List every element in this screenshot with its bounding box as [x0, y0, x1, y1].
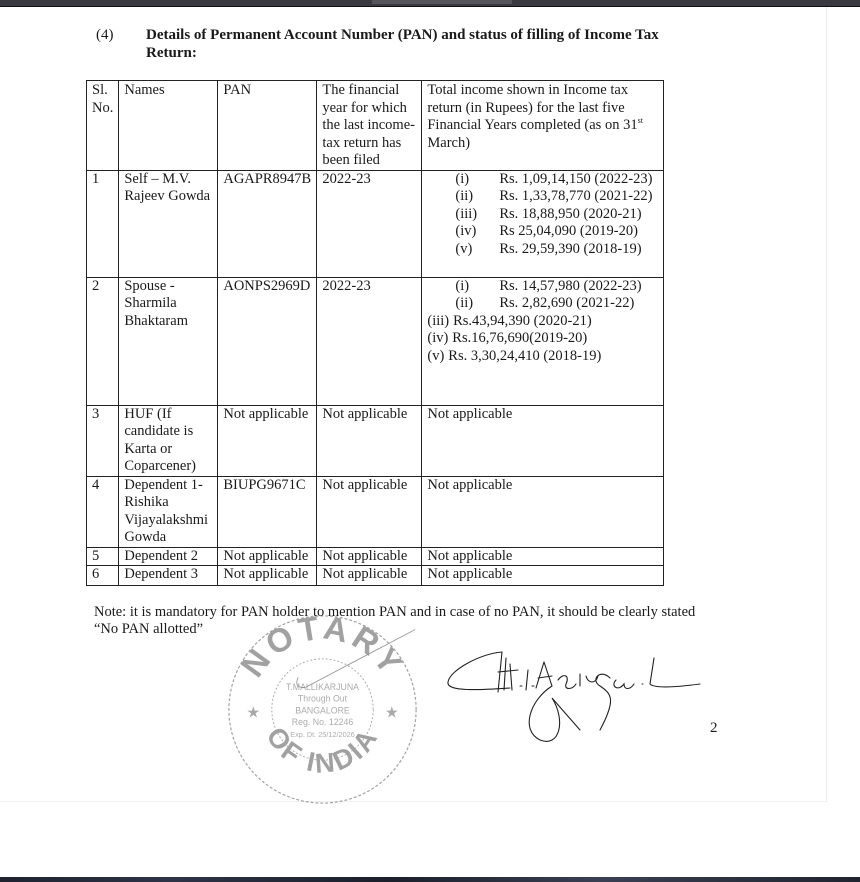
income-roman: (iii) — [427, 313, 449, 331]
page-number: 2 — [710, 720, 718, 737]
cell-sl-no: 1 — [87, 170, 119, 277]
cell-pan: AONPS2969D — [218, 277, 317, 405]
table-row: 6 Dependent 3 Not applicable Not applica… — [87, 566, 664, 586]
cell-name: Spouse - Sharmila Bhaktaram — [119, 277, 218, 405]
cell-pan: BIUPG9671C — [218, 476, 317, 547]
stamp-line4: Reg. No. 12246 — [292, 717, 354, 727]
income-value: Rs. 14,57,980 (2022-23) — [499, 278, 641, 296]
section-number: (4) — [96, 26, 114, 44]
income-item: (iv)Rs.16,76,690(2019-20) — [427, 330, 658, 348]
income-item: (iv)Rs 25,04,090 (2019-20) — [427, 223, 658, 241]
cell-pan: Not applicable — [218, 566, 317, 586]
stamp-line3: BANGALORE — [295, 705, 350, 715]
income-item: (iii)Rs.43,94,390 (2020-21) — [427, 313, 658, 331]
header-fy-last-return: The financial year for which the last in… — [317, 81, 422, 171]
stamp-line5: Exp. Dt. 25/12/2026 — [290, 730, 355, 739]
cell-fy: Not applicable — [317, 547, 422, 566]
income-item: (v)Rs. 3,30,24,410 (2018-19) — [427, 348, 658, 366]
section-title: Details of Permanent Account Number (PAN… — [146, 26, 706, 62]
cell-sl-no: 6 — [87, 566, 119, 586]
cell-income: Not applicable — [422, 547, 664, 566]
stamp-line2: Through Out — [298, 694, 348, 704]
income-roman: (i) — [427, 171, 499, 189]
cell-sl-no: 4 — [87, 476, 119, 547]
cell-name: Dependent 3 — [119, 566, 218, 586]
income-value: Rs. 18,88,950 (2020-21) — [499, 206, 641, 224]
cell-income: Not applicable — [422, 405, 664, 476]
income-roman: (iv) — [427, 330, 448, 348]
cell-income: (i)Rs. 14,57,980 (2022-23) (ii)Rs. 2,82,… — [422, 277, 664, 405]
cell-pan: AGAPR8947B — [218, 170, 317, 277]
cell-sl-no: 2 — [87, 277, 119, 405]
income-roman: (ii) — [427, 295, 499, 313]
cell-pan: Not applicable — [218, 547, 317, 566]
income-roman: (iii) — [427, 206, 499, 224]
cell-income: Not applicable — [422, 476, 664, 547]
cell-name: Dependent 2 — [119, 547, 218, 566]
income-item: (ii)Rs. 2,82,690 (2021-22) — [427, 295, 658, 313]
cell-name: Self – M.V. Rajeev Gowda — [119, 170, 218, 277]
header-total-income-text: Total income shown in Income tax return … — [427, 82, 637, 133]
income-item: (i)Rs. 14,57,980 (2022-23) — [427, 278, 658, 296]
income-value: Rs.16,76,690(2019-20) — [452, 330, 587, 348]
cell-name: HUF (If candidate is Karta or Coparcener… — [119, 405, 218, 476]
income-value: Rs. 1,33,78,770 (2021-22) — [499, 188, 652, 206]
income-item: (iii)Rs. 18,88,950 (2020-21) — [427, 206, 658, 224]
stamp-star-icon: ★ — [246, 704, 260, 721]
income-value: Rs. 1,09,14,150 (2022-23) — [499, 171, 652, 189]
income-value: Rs.43,94,390 (2020-21) — [453, 313, 592, 331]
header-superscript: st — [638, 116, 643, 125]
income-value: Rs. 2,82,690 (2021-22) — [499, 295, 634, 313]
income-item: (i)Rs. 1,09,14,150 (2022-23) — [427, 171, 658, 189]
cell-fy: 2022-23 — [317, 277, 422, 405]
stamp-star-icon: ★ — [385, 704, 399, 721]
stamp-top-text: NOTARY — [234, 612, 411, 684]
cell-fy: Not applicable — [317, 566, 422, 586]
cell-income: (i)Rs. 1,09,14,150 (2022-23) (ii)Rs. 1,3… — [422, 170, 664, 277]
cell-fy: 2022-23 — [317, 170, 422, 277]
income-value: Rs. 29,59,390 (2018-19) — [499, 241, 641, 259]
header-sl-no: Sl. No. — [87, 81, 119, 171]
header-pan: PAN — [218, 81, 317, 171]
page-edge — [826, 7, 827, 802]
svg-text:NOTARY: NOTARY — [234, 612, 411, 684]
table-header-row: Sl. No. Names PAN The financial year for… — [87, 81, 664, 171]
header-total-income: Total income shown in Income tax return … — [422, 81, 664, 171]
table-row: 3 HUF (If candidate is Karta or Coparcen… — [87, 405, 664, 476]
cell-name: Dependent 1- Rishika Vijayalakshmi Gowda — [119, 476, 218, 547]
income-value: Rs. 3,30,24,410 (2018-19) — [448, 348, 601, 366]
income-roman: (i) — [427, 278, 499, 296]
income-item: (v)Rs. 29,59,390 (2018-19) — [427, 241, 658, 259]
income-roman: (v) — [427, 241, 499, 259]
cell-pan: Not applicable — [218, 405, 317, 476]
table-row: 4 Dependent 1- Rishika Vijayalakshmi Gow… — [87, 476, 664, 547]
signature — [440, 640, 720, 750]
table-row: 1 Self – M.V. Rajeev Gowda AGAPR8947B 20… — [87, 170, 664, 277]
header-total-income-tail: March) — [427, 135, 470, 151]
table-row: 2 Spouse - Sharmila Bhaktaram AONPS2969D… — [87, 277, 664, 405]
pan-table: Sl. No. Names PAN The financial year for… — [86, 80, 664, 586]
income-value: Rs 25,04,090 (2019-20) — [499, 223, 638, 241]
viewer-bottom-band — [0, 877, 860, 882]
income-list: (i)Rs. 1,09,14,150 (2022-23) (ii)Rs. 1,3… — [427, 171, 658, 259]
cell-income: Not applicable — [422, 566, 664, 586]
income-item: (ii)Rs. 1,33,78,770 (2021-22) — [427, 188, 658, 206]
income-list: (i)Rs. 14,57,980 (2022-23) (ii)Rs. 2,82,… — [427, 278, 658, 366]
header-names: Names — [119, 81, 218, 171]
income-roman: (iv) — [427, 223, 499, 241]
income-roman: (ii) — [427, 188, 499, 206]
cell-fy: Not applicable — [317, 476, 422, 547]
cell-sl-no: 5 — [87, 547, 119, 566]
cell-sl-no: 3 — [87, 405, 119, 476]
cell-fy: Not applicable — [317, 405, 422, 476]
notary-stamp: NOTARY OF INDIA ★ ★ T.MALLIKARJUNA Throu… — [225, 612, 420, 807]
table-row: 5 Dependent 2 Not applicable Not applica… — [87, 547, 664, 566]
cutoff-previous-text — [390, 4, 690, 8]
income-roman: (v) — [427, 348, 444, 366]
